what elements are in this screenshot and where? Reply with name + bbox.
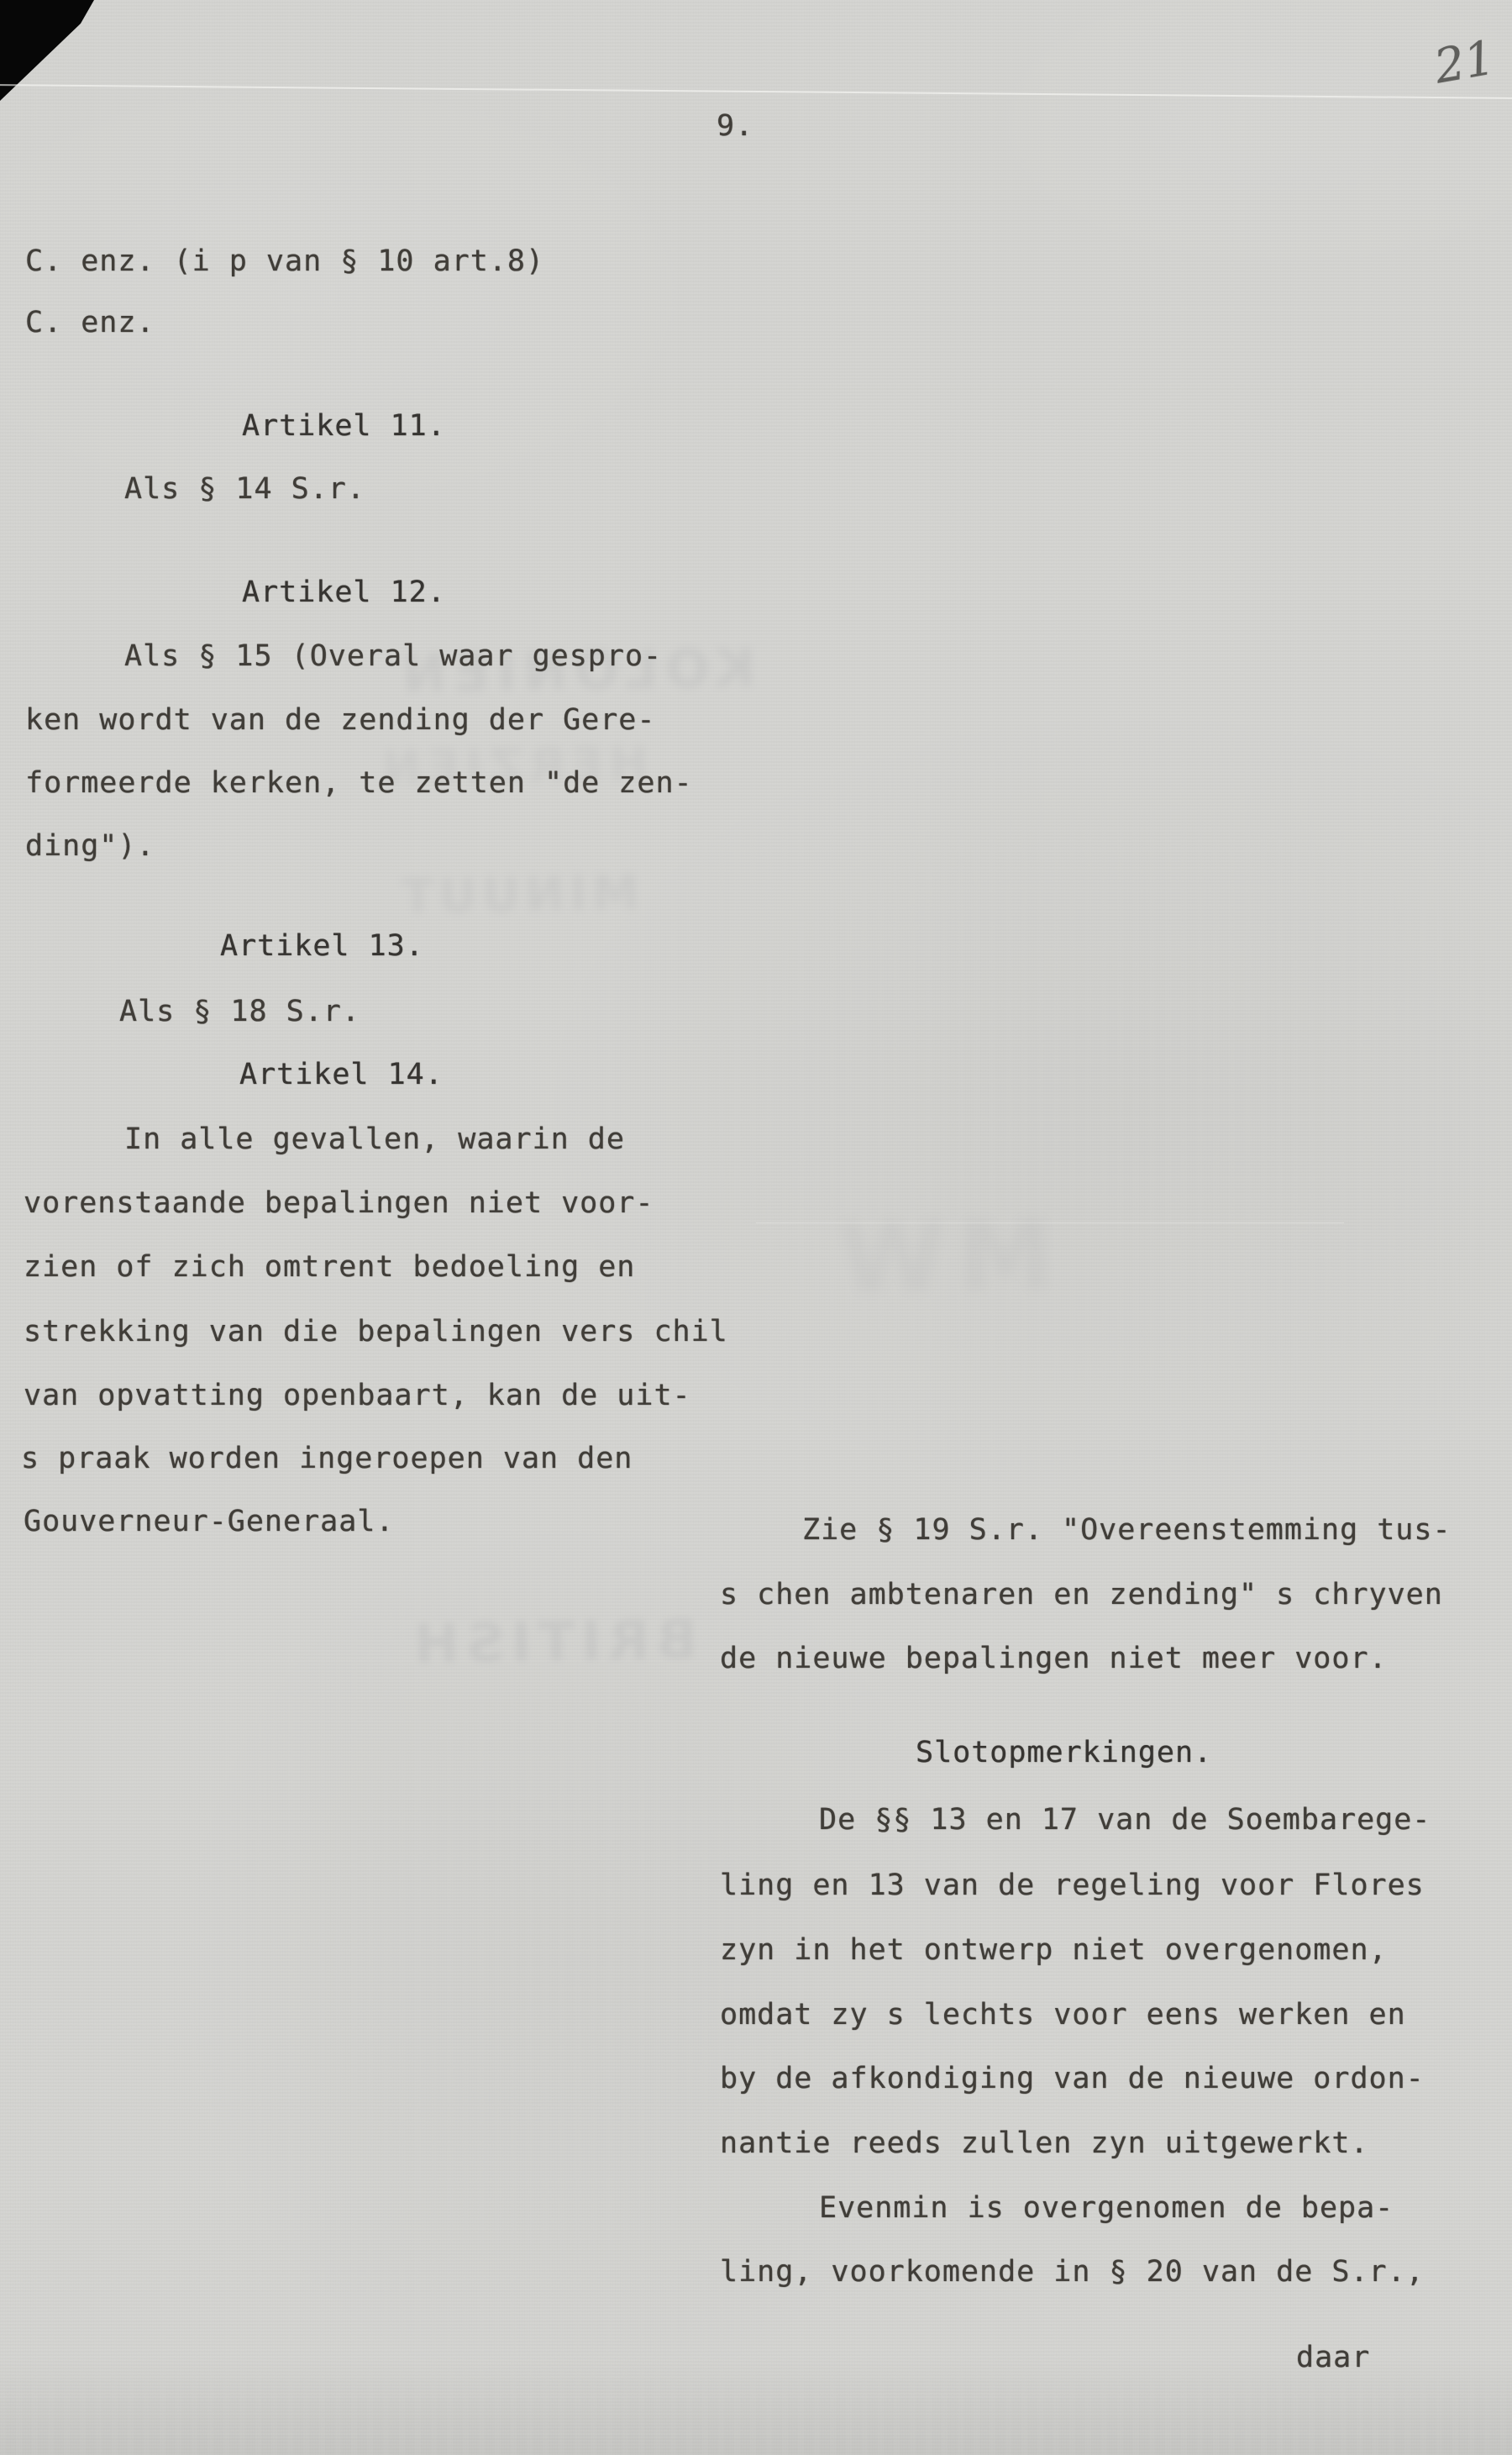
- article-heading-11: Artikel 11.: [242, 409, 446, 443]
- intro-line: C. enz. (i p van § 10 art.8): [25, 244, 544, 278]
- typewritten-line: by de afkondiging van de nieuwe ordon-: [720, 2062, 1425, 2095]
- typewritten-line catchword: daar: [1296, 2341, 1370, 2374]
- scratch-line: [756, 1222, 1344, 1223]
- typewritten-line: Als § 15 (Overal waar gespro-: [124, 639, 662, 673]
- typewritten-line: omdat zy s lechts voor eens werken en: [720, 1998, 1406, 2032]
- typewritten-line: s praak worden ingeroepen van den: [21, 1442, 633, 1475]
- scratch-line: [0, 84, 1512, 99]
- typewritten-line: van opvatting openbaart, kan de uit-: [24, 1379, 691, 1412]
- typewritten-line: ken wordt van de zending der Gere-: [25, 703, 655, 737]
- article-heading-12: Artikel 12.: [242, 576, 446, 609]
- typewritten-line: De §§ 13 en 17 van de Soembarege-: [819, 1803, 1431, 1837]
- typewritten-line: ding").: [25, 829, 155, 863]
- typewritten-line: de nieuwe bepalingen niet meer voor.: [720, 1642, 1388, 1675]
- handwritten-annotation: 21: [1431, 30, 1499, 94]
- typewritten-line: Als § 18 S.r.: [119, 995, 360, 1028]
- typewritten-line: zien of zich omtrent bedoeling en: [24, 1250, 635, 1284]
- typewritten-line: ling en 13 van de regeling voor Flores: [720, 1869, 1425, 1902]
- typewritten-line: formeerde kerken, te zetten "de zen-: [25, 766, 693, 800]
- typewritten-line: ling, voorkomende in § 20 van de S.r.,: [720, 2255, 1425, 2289]
- typewritten-line: In alle gevallen, waarin de: [124, 1122, 625, 1156]
- typewritten-line: vorenstaande bepalingen niet voor-: [24, 1186, 654, 1220]
- typewritten-line: Als § 14 S.r.: [124, 472, 365, 506]
- typewritten-line: Evenmin is overgenomen de bepa-: [819, 2191, 1394, 2225]
- article-heading-13: Artikel 13.: [220, 929, 424, 963]
- typewritten-line: s chen ambtenaren en zending" s chryven: [720, 1578, 1443, 1611]
- scan-corner-fold: [0, 0, 101, 106]
- typewritten-line: nantie reeds zullen zyn uitgewerkt.: [720, 2126, 1369, 2160]
- typewritten-line: Gouverneur-Generaal.: [24, 1505, 394, 1538]
- intro-line: C. enz.: [25, 306, 155, 339]
- section-heading-slotopmerkingen: Slotopmerkingen.: [916, 1736, 1212, 1769]
- typewritten-line: strekking van die bepalingen vers chil: [24, 1315, 728, 1348]
- bleed-through-mark: BRITISH: [407, 1609, 697, 1676]
- page-number: 9.: [717, 109, 753, 143]
- bleed-through-mark: MW: [827, 1200, 1055, 1317]
- document-page: KOLONIEN HERZIEN MINUUT MW BRITISH 21 9.…: [0, 0, 1512, 2455]
- bleed-through-mark: MINUUT: [396, 865, 639, 924]
- typewritten-line: zyn in het ontwerp niet overgenomen,: [720, 1933, 1388, 1967]
- typewritten-line: Zie § 19 S.r. "Overeenstemming tus-: [802, 1513, 1452, 1547]
- article-heading-14: Artikel 14.: [239, 1058, 444, 1091]
